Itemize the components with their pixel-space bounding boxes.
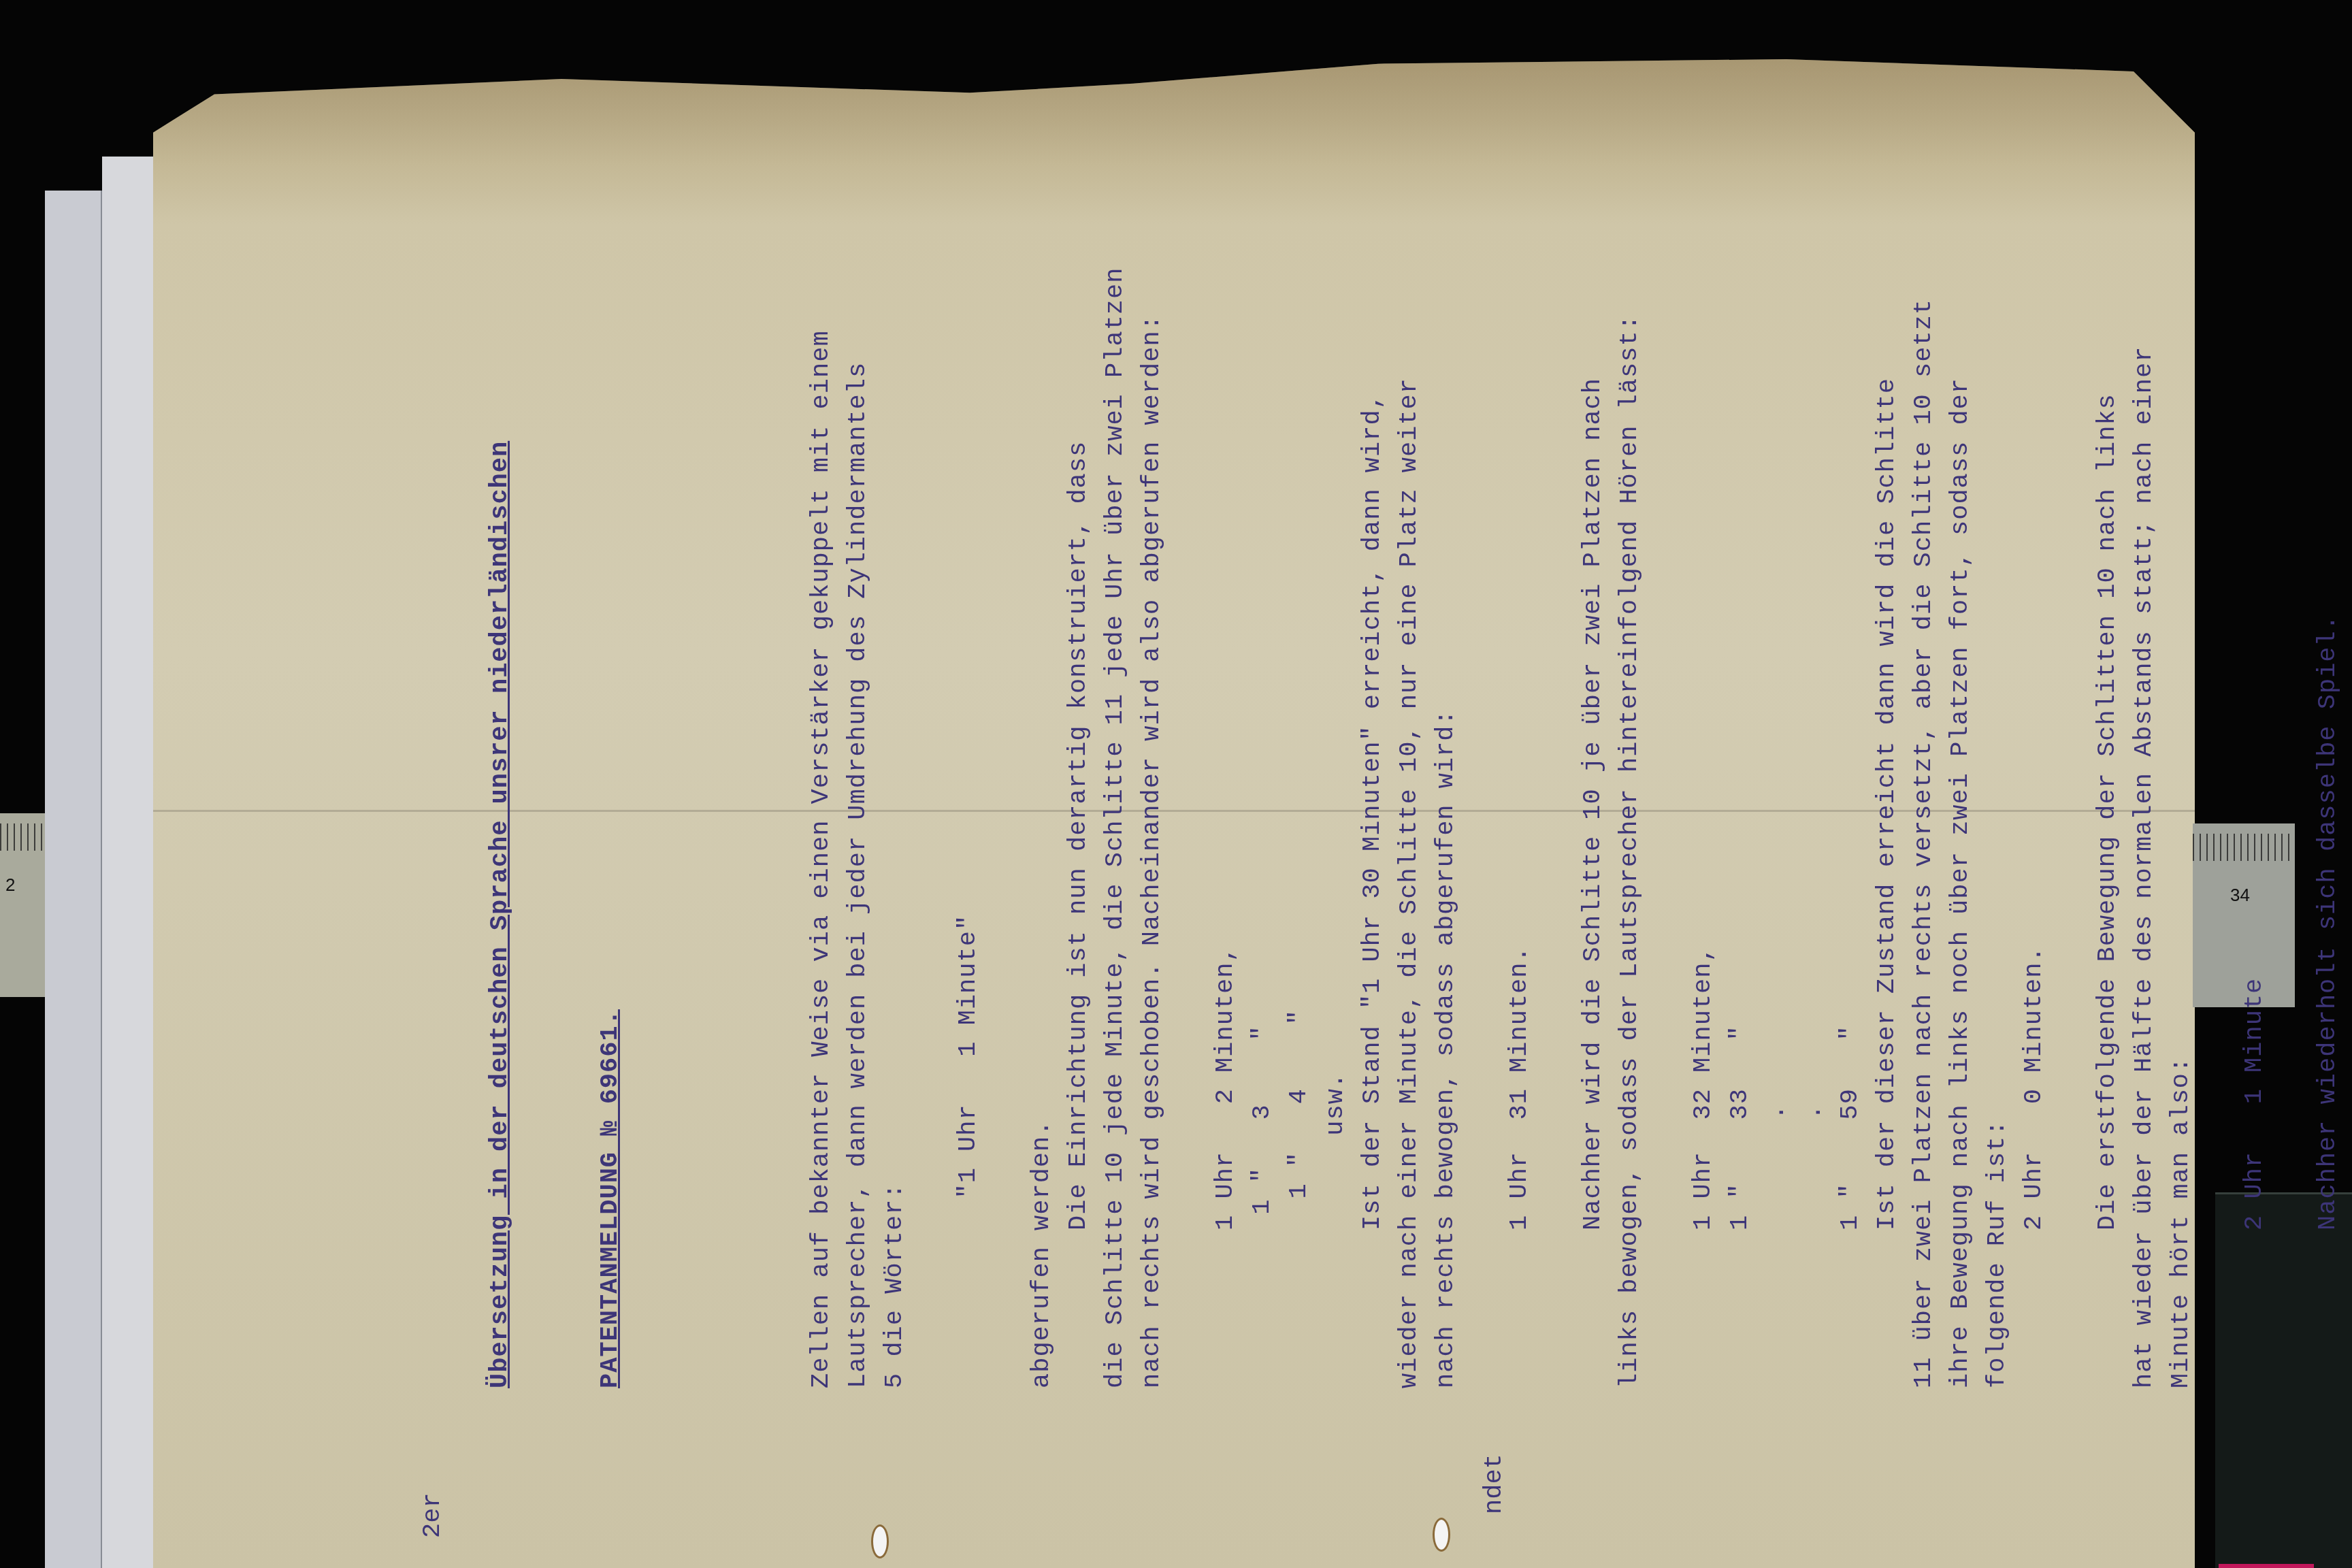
text-line: . bbox=[1795, 109, 1832, 1388]
text-line bbox=[913, 109, 950, 1388]
text-line: Nachher wiederholt sich dasselbe Spiel. bbox=[2310, 109, 2347, 1388]
text-line: nach rechts wird geschoben. Nacheinander… bbox=[1134, 109, 1171, 1388]
text-line: abgerufen werden. bbox=[1024, 109, 1060, 1388]
text-line: 2 Uhr 0 Minuten. bbox=[2016, 109, 2053, 1388]
text-line: nach rechts bewogen, sodass abgerufen wi… bbox=[1428, 109, 1465, 1388]
text-line: 1 Uhr 32 Minuten, bbox=[1685, 109, 1722, 1388]
text-line: Zellen auf bekannter Weise via einen Ver… bbox=[803, 109, 840, 1388]
text-line bbox=[1648, 109, 1685, 1388]
text-line bbox=[987, 109, 1024, 1388]
text-line: usw. bbox=[1318, 109, 1354, 1388]
text-line: 2 Uhr 1 Minute bbox=[2236, 109, 2273, 1388]
text-line: 5 die Wörter: bbox=[877, 109, 913, 1388]
text-line bbox=[1171, 109, 1207, 1388]
text-line: "1 Uhr 1 Minute" bbox=[950, 109, 987, 1388]
text-line: ihre Bewegung nach links noch über zwei … bbox=[1942, 109, 1979, 1388]
text-line: Die Schlitte 11 mach eine ähnliche Beweg… bbox=[2347, 109, 2352, 1388]
document-subtitle: PATENTANMELDUNG № 69661. bbox=[592, 109, 629, 1388]
text-line bbox=[1465, 109, 1501, 1388]
text-line: Lautsprecher, dann werden bei jeder Umdr… bbox=[840, 109, 877, 1388]
text-line: 1 " 59 " bbox=[1832, 109, 1869, 1388]
document-title: Übersetzung in der deutschen Sprache uns… bbox=[482, 109, 519, 1388]
text-line: 1 Uhr 31 Minuten. bbox=[1501, 109, 1538, 1388]
text-line: links bewogen, sodass der Lautsprecher h… bbox=[1612, 109, 1648, 1388]
text-line: Die Einrichtung ist nun derartig konstru… bbox=[1060, 109, 1097, 1388]
text-line: Nachher wird die Schlitte 10 je über zwe… bbox=[1575, 109, 1612, 1388]
backing-sheet bbox=[45, 191, 103, 1568]
text-line: Minute hört man also: bbox=[2163, 109, 2200, 1388]
margin-note: ndet bbox=[1480, 1454, 1509, 1514]
text-line: 1 " 4 " bbox=[1281, 109, 1318, 1388]
text-line bbox=[2053, 109, 2089, 1388]
text-line: Die erstfolgende Bewegung der Schlitten … bbox=[2089, 109, 2126, 1388]
document-body: Zellen auf bekannter Weise via einen Ver… bbox=[803, 109, 2352, 1388]
text-line: 1 Uhr 2 Minuten, bbox=[1207, 109, 1244, 1388]
margin-note: 2er bbox=[419, 1492, 447, 1538]
punch-hole bbox=[871, 1524, 889, 1558]
typewritten-text: Übersetzung in der deutschen Sprache uns… bbox=[408, 109, 2352, 1388]
ruler-ticks bbox=[0, 823, 45, 851]
text-line: 1 " 3 " bbox=[1244, 109, 1281, 1388]
text-line: Ist der dieser Zustand erreicht dann wir… bbox=[1869, 109, 1906, 1388]
text-line: Ist der Stand "1 Uhr 30 Minuten" erreich… bbox=[1354, 109, 1391, 1388]
text-line: 1 " 33 " bbox=[1722, 109, 1759, 1388]
text-line: die Schlitte 10 jede Minute, die Schlitt… bbox=[1097, 109, 1134, 1388]
text-line: folgende Ruf ist: bbox=[1979, 109, 2016, 1388]
punch-hole bbox=[1433, 1518, 1450, 1552]
text-line bbox=[2200, 109, 2236, 1388]
text-line: hat wieder über der Hälfte des normalen … bbox=[2126, 109, 2163, 1388]
text-line: . bbox=[1759, 109, 1795, 1388]
ruler-label: 2 bbox=[5, 875, 15, 896]
text-line: wieder nach einer Minute, die Schlitte 1… bbox=[1391, 109, 1428, 1388]
text-line bbox=[1538, 109, 1575, 1388]
text-line: 11 über zwei Platzen nach rechts versetz… bbox=[1906, 109, 1942, 1388]
text-line bbox=[2273, 109, 2310, 1388]
measuring-ruler-left: 2 bbox=[0, 813, 45, 997]
book-tag bbox=[2219, 1564, 2314, 1568]
